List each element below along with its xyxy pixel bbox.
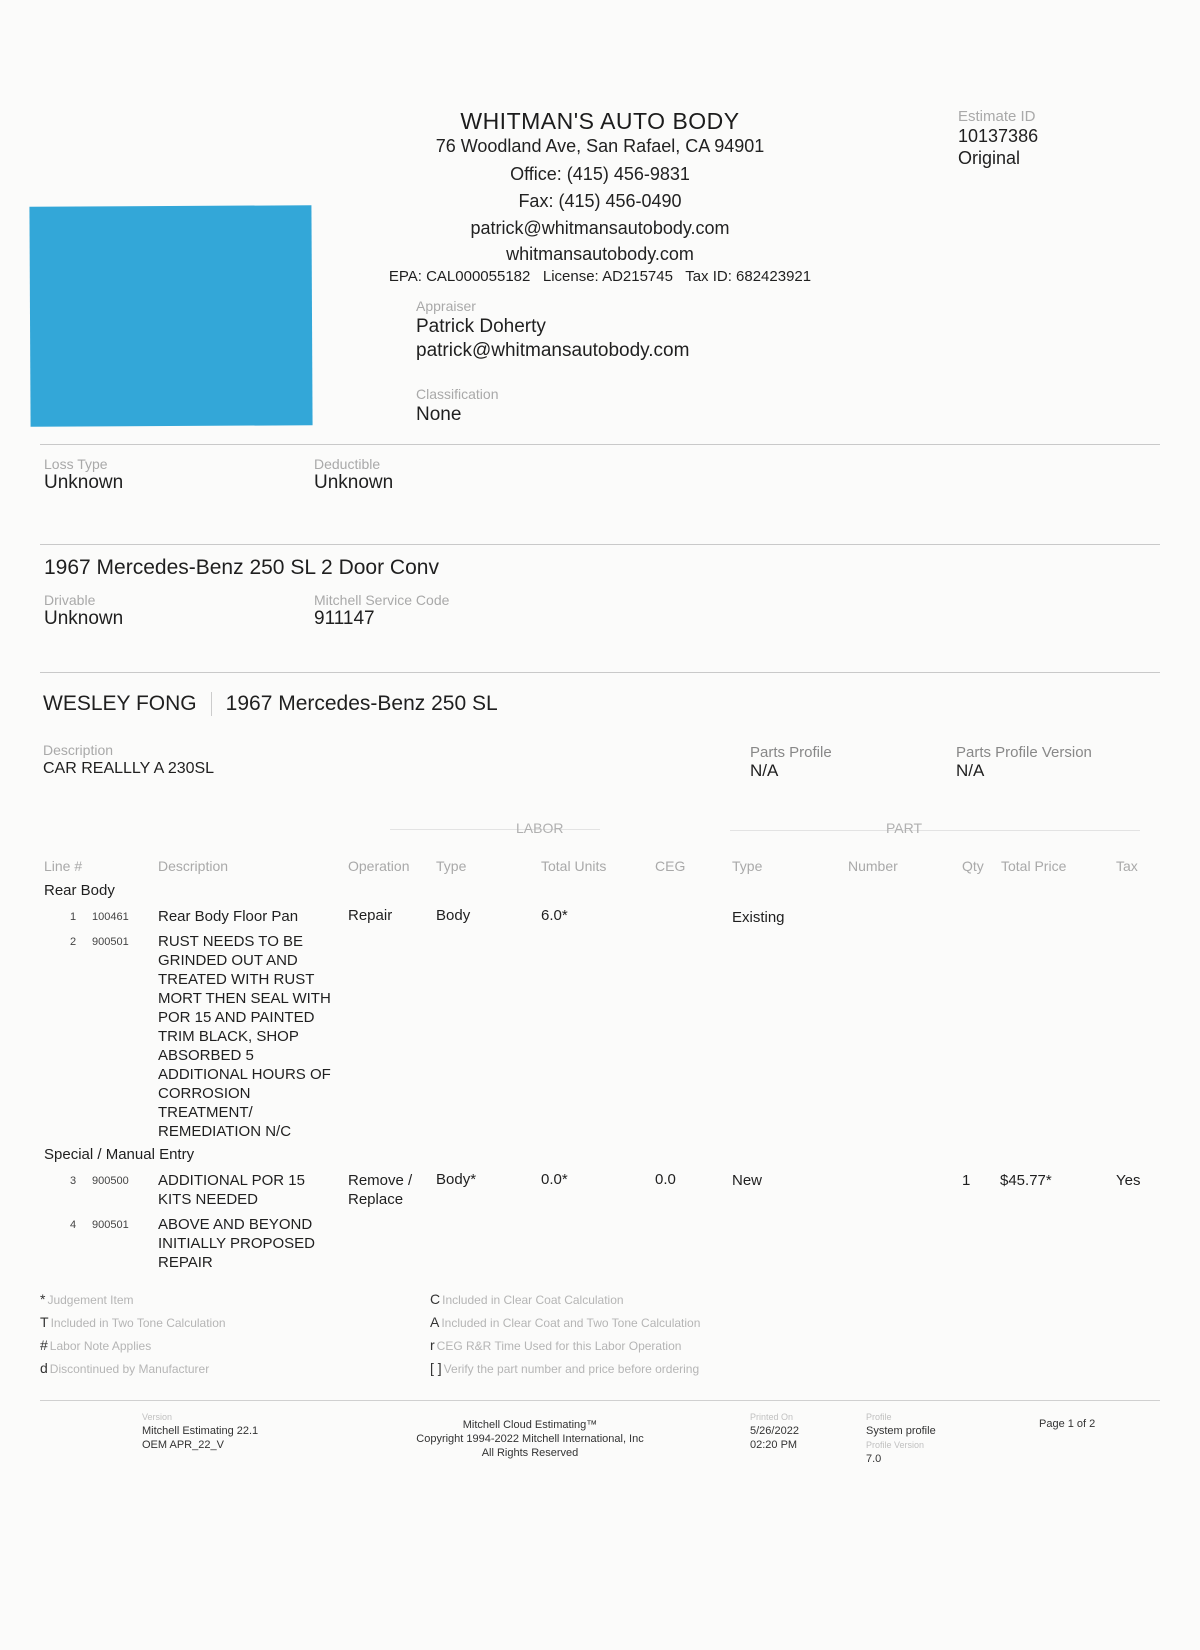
customer-name: WESLEY FONG — [43, 692, 197, 716]
footer-version: Version Mitchell Estimating 22.1 OEM APR… — [142, 1410, 258, 1452]
footer-profile: Profile System profile Profile Version 7… — [866, 1410, 936, 1466]
col-labor-type: Type — [436, 858, 466, 874]
legend-item: [ ]Verify the part number and price befo… — [430, 1357, 700, 1380]
col-description: Description — [158, 858, 228, 874]
appraiser-name: Patrick Doherty — [416, 316, 689, 338]
line-tax: Yes — [1116, 1172, 1140, 1189]
shop-email[interactable]: patrick@whitmansautobody.com — [0, 218, 1200, 239]
service-code-block: Mitchell Service Code 911147 — [314, 592, 449, 630]
drivable-label: Drivable — [44, 592, 123, 608]
loss-type-value: Unknown — [44, 472, 123, 494]
line-description: ABOVE AND BEYOND INITIALLY PROPOSED REPA… — [158, 1215, 338, 1272]
line-number: 4 — [70, 1219, 76, 1231]
deductible-label: Deductible — [314, 456, 393, 472]
classification-label: Classification — [416, 386, 498, 402]
line-part-type: Existing — [732, 909, 785, 926]
legend-item: CIncluded in Clear Coat Calculation — [430, 1288, 700, 1311]
line-total-units: 6.0* — [541, 907, 568, 924]
line-total-price: $45.77* — [1000, 1172, 1052, 1189]
deductible-block: Deductible Unknown — [314, 456, 393, 494]
col-line: Line # — [44, 858, 82, 874]
shop-website[interactable]: whitmansautobody.com — [0, 244, 1200, 265]
parts-profile-version-block: Parts Profile Version N/A — [956, 744, 1092, 781]
col-total-units: Total Units — [541, 858, 606, 874]
loss-type-label: Loss Type — [44, 456, 123, 472]
section-special-manual-entry: Special / Manual Entry — [44, 1146, 194, 1163]
estimate-id-block: Estimate ID 10137386 Original — [958, 108, 1038, 169]
line-number: 3 — [70, 1175, 76, 1187]
description-label: Description — [43, 742, 214, 758]
parts-profile-block: Parts Profile N/A — [750, 744, 832, 781]
line-labor-type: Body — [436, 907, 470, 924]
line-code: 900501 — [92, 936, 129, 948]
line-code: 900501 — [92, 1219, 129, 1231]
line-total-units: 0.0* — [541, 1171, 568, 1188]
line-number: 2 — [70, 936, 76, 948]
line-ceg: 0.0 — [655, 1171, 676, 1188]
parts-profile-version-label: Parts Profile Version — [956, 744, 1092, 761]
legend-item: #Labor Note Applies — [40, 1334, 226, 1357]
customer-vehicle: 1967 Mercedes-Benz 250 SL — [226, 692, 498, 716]
parts-profile-version-value: N/A — [956, 761, 1092, 781]
vehicle-title: 1967 Mercedes-Benz 250 SL 2 Door Conv — [44, 556, 439, 580]
col-qty: Qty — [962, 858, 984, 874]
labor-group-label: LABOR — [516, 820, 563, 836]
legend-left: *Judgement Item TIncluded in Two Tone Ca… — [40, 1288, 226, 1380]
description-value: CAR REALLLY A 230SL — [43, 760, 214, 778]
legend-item: rCEG R&R Time Used for this Labor Operat… — [430, 1334, 700, 1357]
description-block: Description CAR REALLLY A 230SL — [43, 742, 214, 778]
section-rear-body: Rear Body — [44, 882, 115, 899]
line-labor-type: Body* — [436, 1171, 476, 1188]
deductible-value: Unknown — [314, 472, 393, 494]
col-part-type: Type — [732, 858, 762, 874]
footer-printed-on: Printed On 5/26/2022 02:20 PM — [750, 1410, 799, 1452]
estimate-id-value: 10137386 — [958, 125, 1038, 147]
drivable-value: Unknown — [44, 608, 123, 630]
appraiser-label: Appraiser — [416, 298, 689, 314]
divider — [40, 444, 1160, 445]
customer-header: WESLEY FONG 1967 Mercedes-Benz 250 SL — [43, 692, 498, 716]
col-operation: Operation — [348, 858, 409, 874]
parts-profile-value: N/A — [750, 761, 832, 781]
line-description: RUST NEEDS TO BE GRINDED OUT AND TREATED… — [158, 932, 338, 1141]
line-part-type: New — [732, 1172, 762, 1189]
divider — [40, 672, 1160, 673]
line-operation: Repair — [348, 907, 392, 924]
appraiser-email[interactable]: patrick@whitmansautobody.com — [416, 340, 689, 362]
legend-item: *Judgement Item — [40, 1288, 226, 1311]
loss-type-block: Loss Type Unknown — [44, 456, 123, 494]
drivable-block: Drivable Unknown — [44, 592, 123, 630]
legend-item: AIncluded in Clear Coat and Two Tone Cal… — [430, 1311, 700, 1334]
part-group-label: PART — [886, 820, 922, 836]
line-description: Rear Body Floor Pan — [158, 907, 338, 926]
separator — [211, 692, 212, 716]
line-description: ADDITIONAL POR 15 KITS NEEDED — [158, 1171, 338, 1209]
legend-item: dDiscontinued by Manufacturer — [40, 1357, 226, 1380]
classification-value: None — [416, 404, 498, 426]
col-number: Number — [848, 858, 898, 874]
legend-item: TIncluded in Two Tone Calculation — [40, 1311, 226, 1334]
shop-fax: Fax: (415) 456-0490 — [0, 191, 1200, 212]
service-code-label: Mitchell Service Code — [314, 592, 449, 608]
line-code: 900500 — [92, 1175, 129, 1187]
divider — [40, 544, 1160, 545]
footer-divider — [40, 1400, 1160, 1401]
page-indicator: Page 1 of 2 — [1039, 1417, 1095, 1431]
service-code-value: 911147 — [314, 608, 449, 630]
appraiser-block: Appraiser Patrick Doherty patrick@whitma… — [416, 298, 689, 362]
labor-group-rule — [390, 829, 600, 830]
parts-profile-label: Parts Profile — [750, 744, 832, 761]
footer-copyright: Mitchell Cloud Estimating™ Copyright 199… — [380, 1418, 680, 1460]
col-ceg: CEG — [655, 858, 685, 874]
col-tax: Tax — [1116, 858, 1138, 874]
legend-right: CIncluded in Clear Coat Calculation AInc… — [430, 1288, 700, 1380]
line-operation: Remove / Replace — [348, 1171, 428, 1209]
estimate-status: Original — [958, 147, 1038, 169]
line-number: 1 — [70, 911, 76, 923]
line-code: 100461 — [92, 911, 129, 923]
col-total-price: Total Price — [1001, 858, 1066, 874]
classification-block: Classification None — [416, 386, 498, 426]
shop-ids: EPA: CAL000055182 License: AD215745 Tax … — [0, 268, 1200, 285]
part-group-rule — [730, 830, 1140, 831]
estimate-id-label: Estimate ID — [958, 108, 1038, 125]
line-qty: 1 — [962, 1172, 970, 1189]
